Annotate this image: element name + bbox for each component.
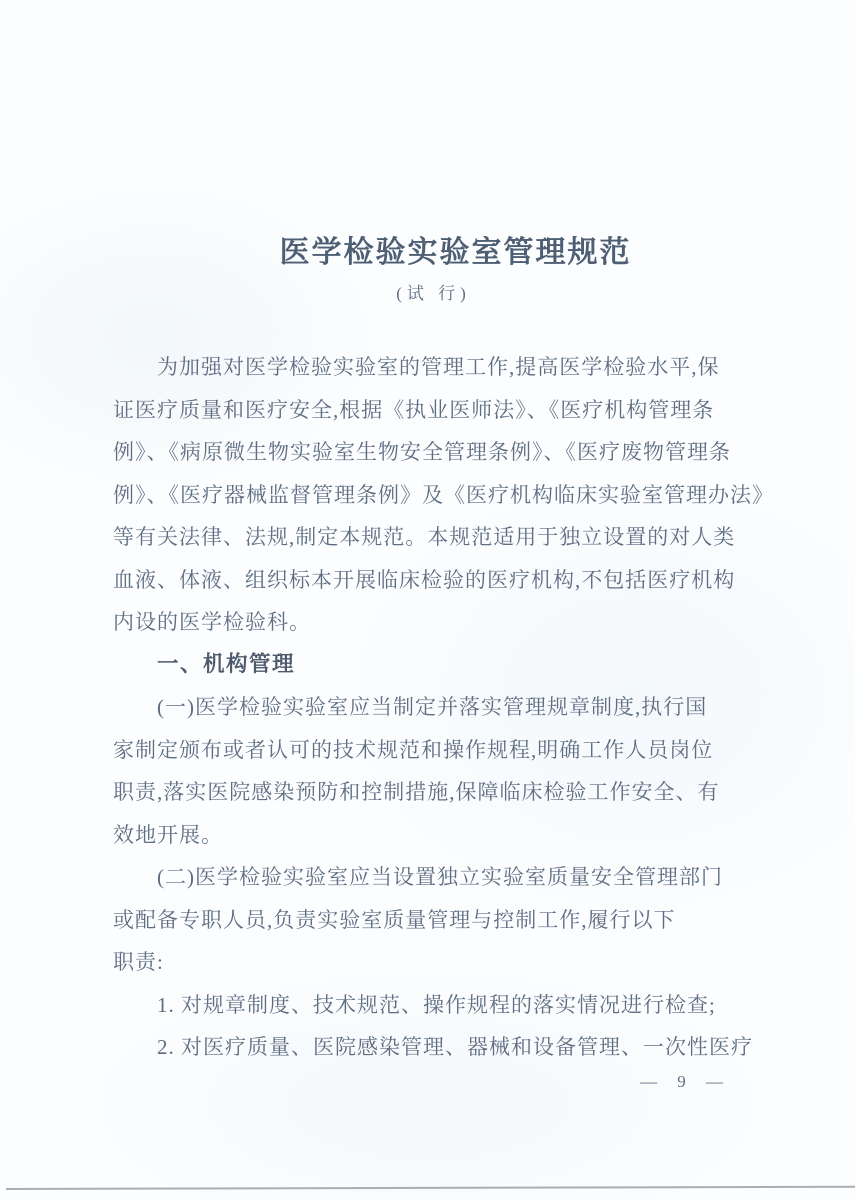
text-line: (一)医学检验实验室应当制定并落实管理规章制度,执行国 <box>113 686 753 729</box>
text-line: (二)医学检验实验室应当设置独立实验室质量安全管理部门 <box>113 856 753 899</box>
text-line: 内设的医学检验科。 <box>113 601 753 644</box>
text-line: 2. 对医疗质量、医院感染管理、器械和设备管理、一次性医疗 <box>113 1026 753 1069</box>
section-heading: 一、机构管理 <box>113 644 753 687</box>
text-line: 为加强对医学检验实验室的管理工作,提高医学检验水平,保 <box>113 346 753 389</box>
text-line: 效地开展。 <box>113 814 753 857</box>
page-number: — 9 — <box>640 1072 728 1092</box>
text-line: 等有关法律、法规,制定本规范。本规范适用于独立设置的对人类 <box>113 516 753 559</box>
text-line: 例》、《医疗器械监督管理条例》及《医疗机构临床实验室管理办法》 <box>113 474 753 517</box>
scan-paper-edge-line <box>6 1186 855 1190</box>
text-line: 或配备专职人员,负责实验室质量管理与控制工作,履行以下 <box>113 899 753 942</box>
text-line: 职责: <box>113 941 753 984</box>
document-title: 医学检验实验室管理规范 <box>28 227 855 271</box>
text-line: 血液、体液、组织标本开展临床检验的医疗机构,不包括医疗机构 <box>113 559 753 602</box>
text-line: 1. 对规章制度、技术规范、操作规程的落实情况进行检查; <box>113 984 753 1027</box>
document-subtitle: (试 行) <box>6 279 855 304</box>
text-line: 家制定颁布或者认可的技术规范和操作规程,明确工作人员岗位 <box>113 729 753 772</box>
document-body: 为加强对医学检验实验室的管理工作,提高医学检验水平,保证医疗质量和医疗安全,根据… <box>113 346 753 1069</box>
text-line: 职责,落实医院感染预防和控制措施,保障临床检验工作安全、有 <box>113 771 753 814</box>
scanned-document-page: 医学检验实验室管理规范 (试 行) 为加强对医学检验实验室的管理工作,提高医学检… <box>0 0 855 1200</box>
text-line: 例》、《病原微生物实验室生物安全管理条例》、《医疗废物管理条 <box>113 431 753 474</box>
text-line: 证医疗质量和医疗安全,根据《执业医师法》、《医疗机构管理条 <box>113 389 753 432</box>
